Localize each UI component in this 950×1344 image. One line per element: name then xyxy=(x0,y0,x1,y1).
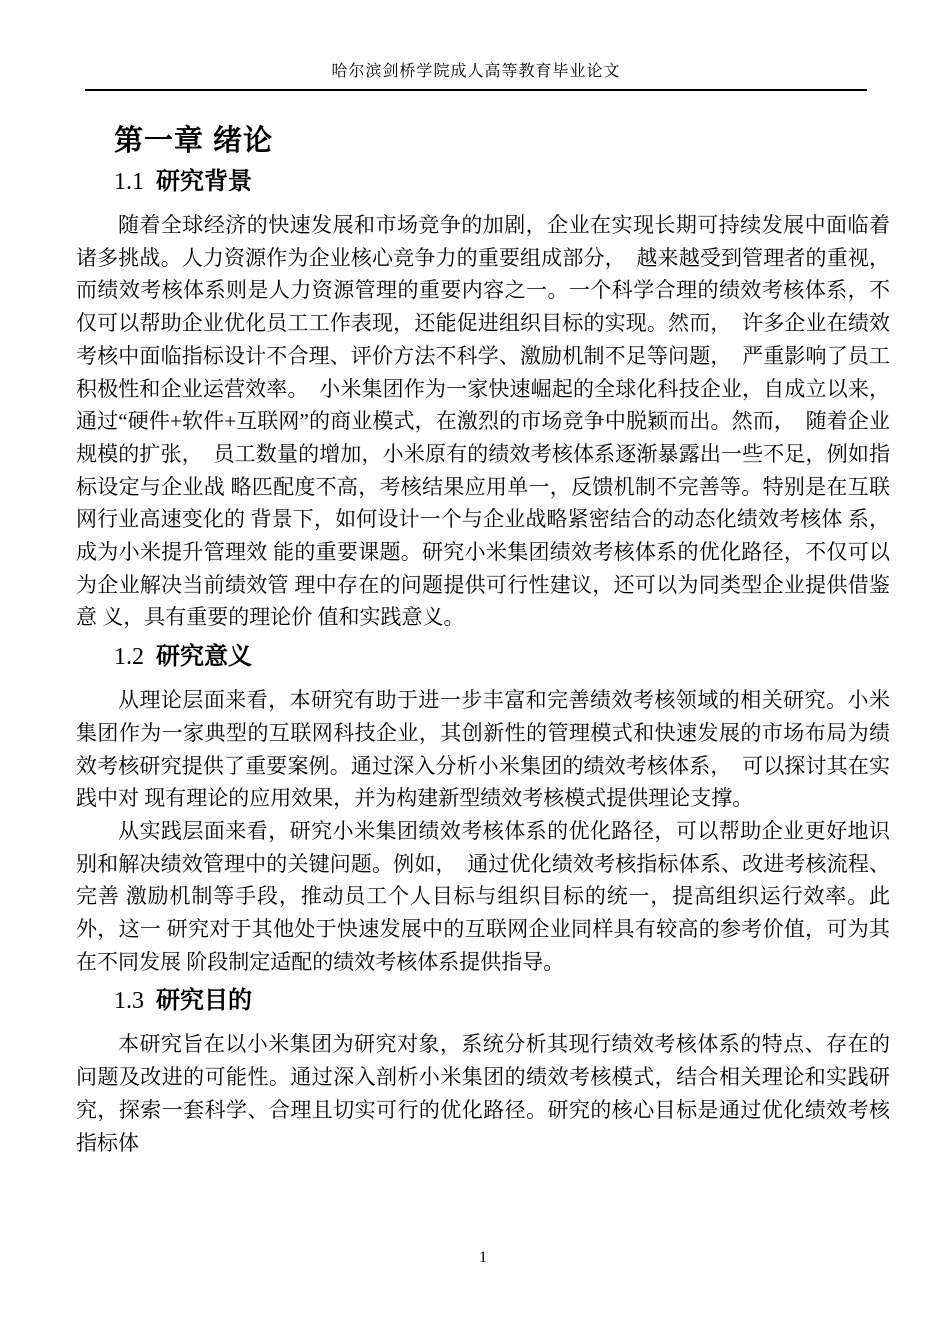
document-page: 哈尔滨剑桥学院成人高等教育毕业论文 第一章 绪论 1.1研究背景 随着全球经济的… xyxy=(0,0,950,1344)
page-number: 1 xyxy=(479,1249,487,1266)
section-1-2-title: 研究意义 xyxy=(156,643,252,670)
document-body: 第一章 绪论 1.1研究背景 随着全球经济的快速发展和市场竞争的加剧，企业在实现… xyxy=(76,124,890,1159)
paragraph-research-background: 随着全球经济的快速发展和市场竞争的加剧，企业在实现长期可持续发展中面临着诸多挑战… xyxy=(76,209,890,634)
paragraph-significance-practice: 从实践层面来看，研究小米集团绩效考核体系的优化路径，可以帮助企业更好地识别和解决… xyxy=(76,815,890,979)
section-1-1-heading: 1.1研究背景 xyxy=(114,167,890,197)
paragraph-research-purpose: 本研究旨在以小米集团为研究对象，系统分析其现行绩效考核体系的特点、存在的问题及改… xyxy=(76,1028,890,1159)
paragraph-significance-theory: 从理论层面来看，本研究有助于进一步丰富和完善绩效考核领域的相关研究。小米集团作为… xyxy=(76,684,890,815)
section-1-3-number: 1.3 xyxy=(114,988,144,1014)
section-1-3-title: 研究目的 xyxy=(156,987,252,1014)
section-1-2-number: 1.2 xyxy=(114,644,144,670)
section-1-1-number: 1.1 xyxy=(114,169,144,195)
chapter-title: 第一章 绪论 xyxy=(114,124,890,159)
section-1-2-heading: 1.2研究意义 xyxy=(114,642,890,672)
header-title: 哈尔滨剑桥学院成人高等教育毕业论文 xyxy=(85,62,867,82)
section-1-1-title: 研究背景 xyxy=(156,168,252,195)
page-header: 哈尔滨剑桥学院成人高等教育毕业论文 xyxy=(85,62,867,91)
page-footer: 1 xyxy=(76,1248,890,1268)
header-rule xyxy=(85,89,867,91)
section-1-3-heading: 1.3研究目的 xyxy=(114,986,890,1016)
